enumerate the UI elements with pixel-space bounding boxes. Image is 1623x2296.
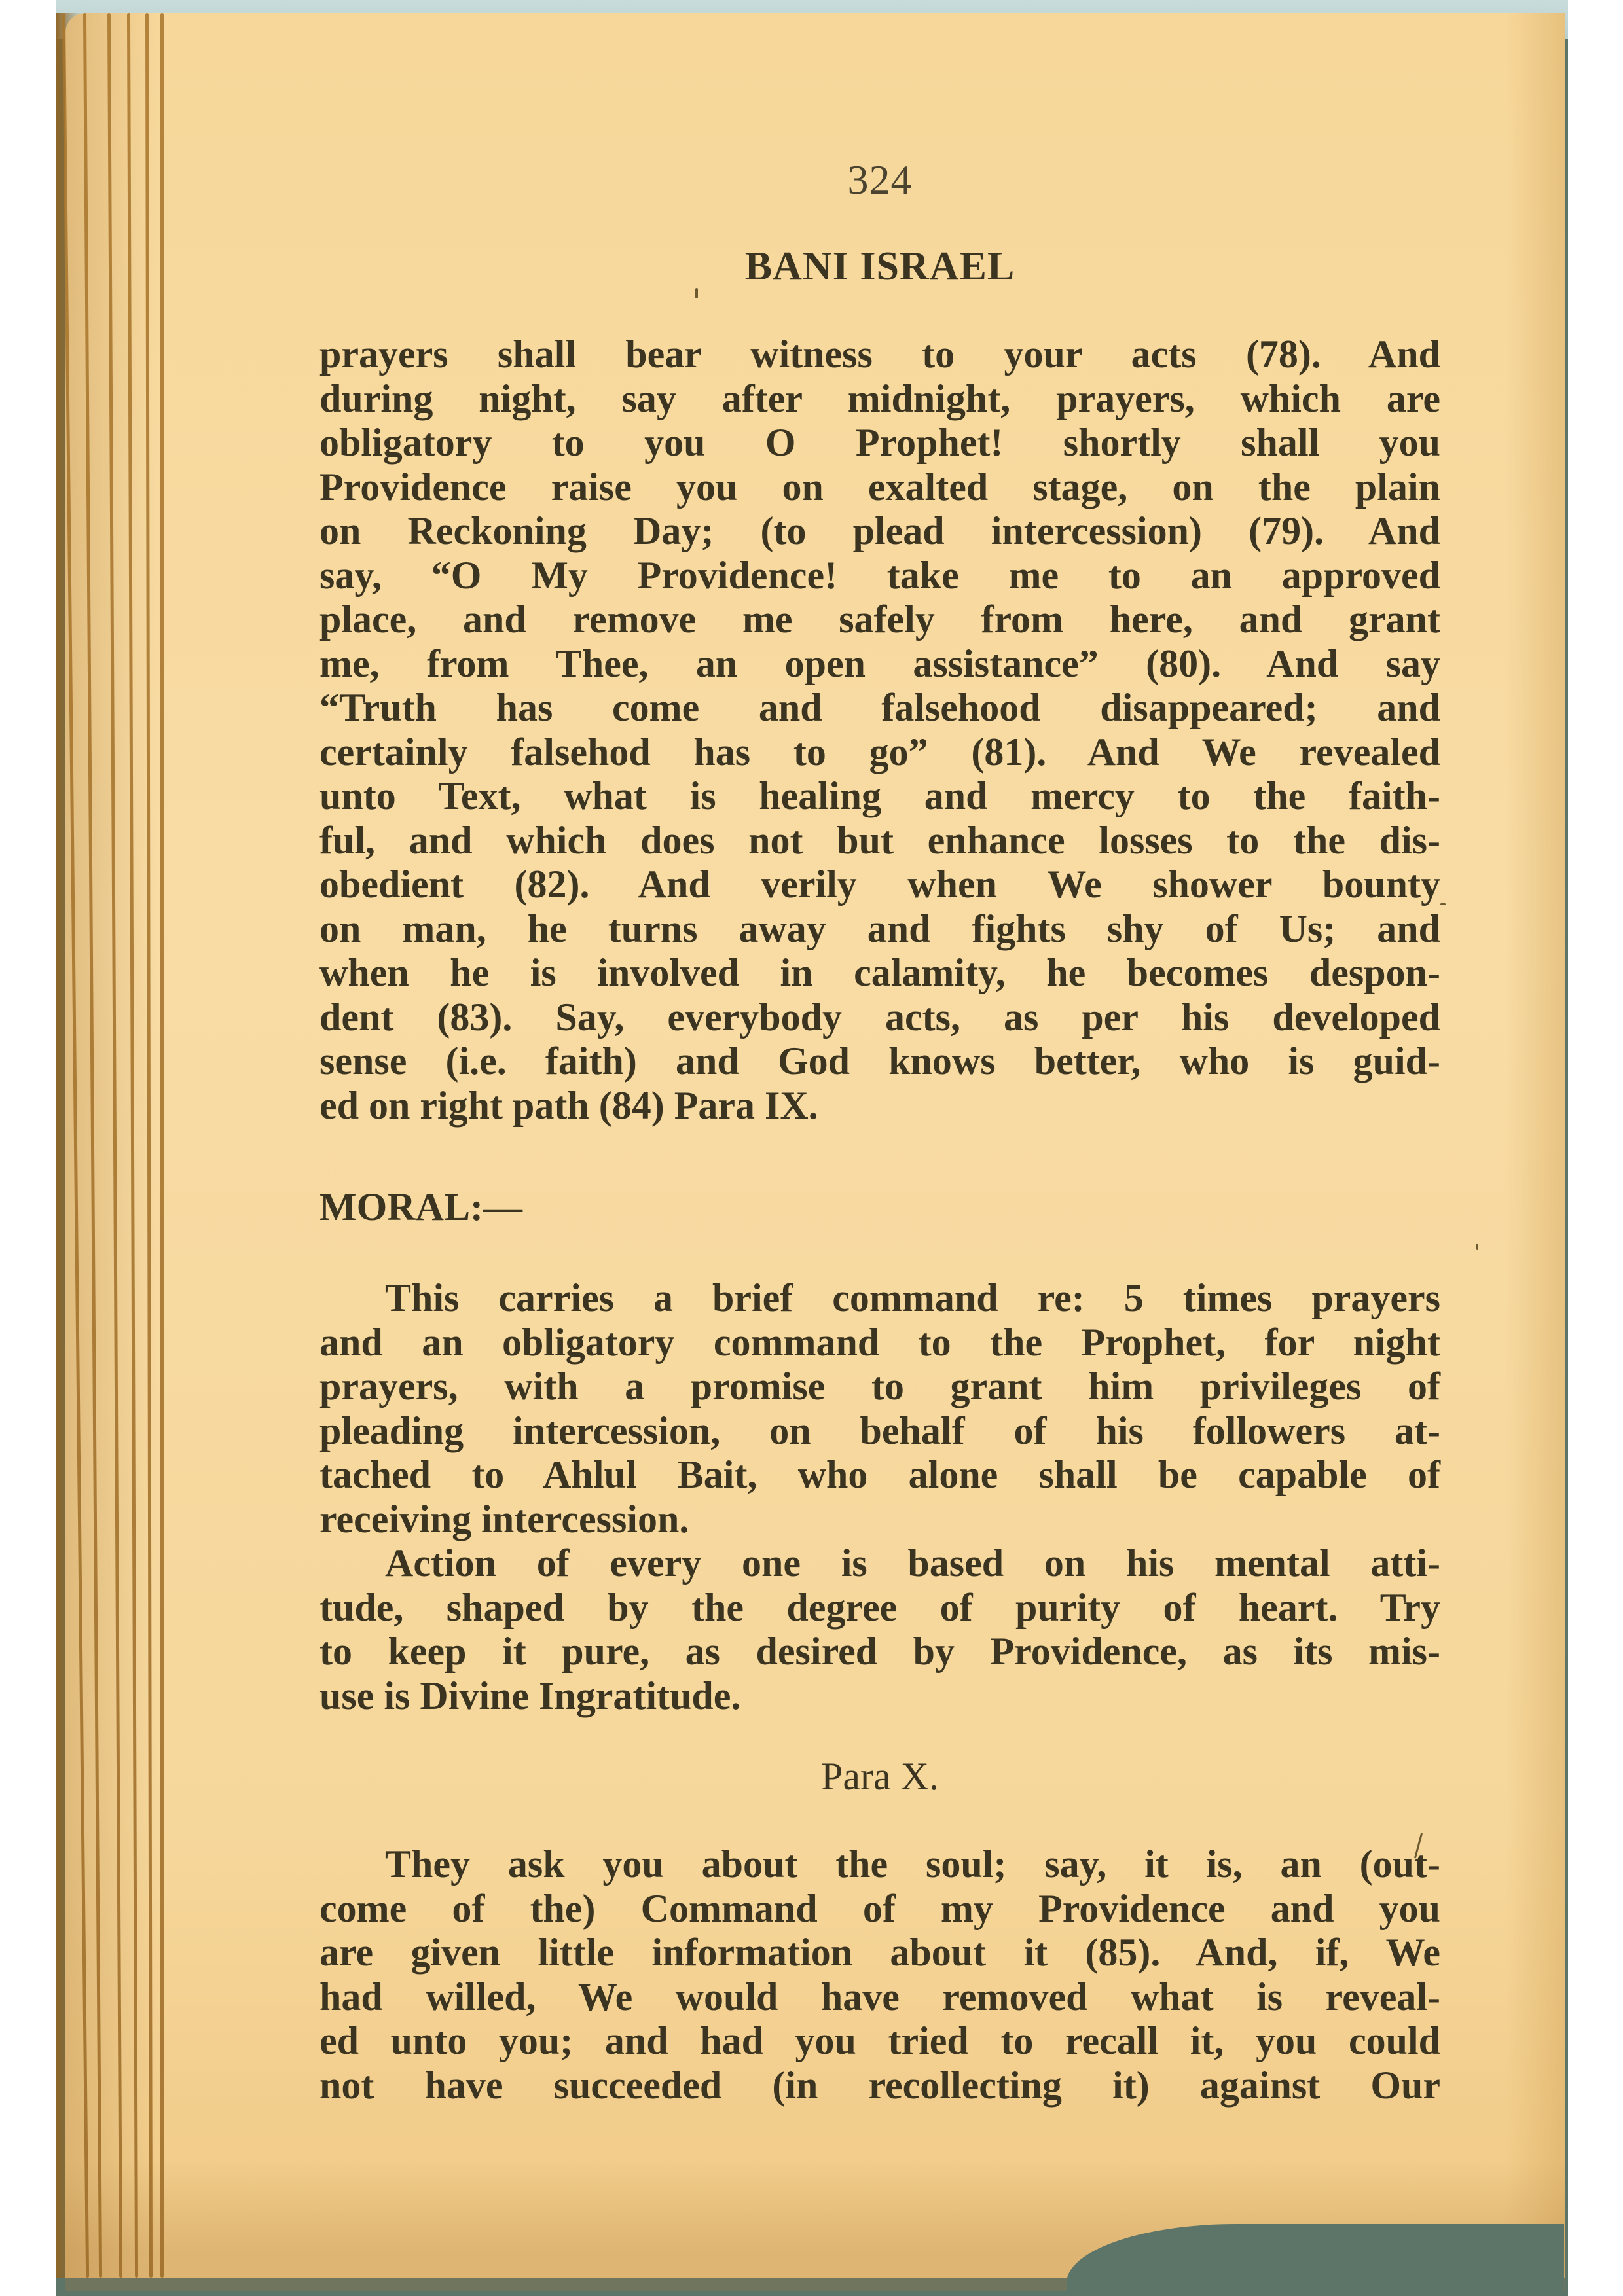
text-line: ed unto you; and had you tried to recall…: [319, 2019, 1440, 2064]
text-line: when he is involved in calamity, he beco…: [319, 951, 1440, 996]
text-line: pleading intercession, on behalf of his …: [319, 1409, 1440, 1454]
text-line: receiving intercession.: [319, 1498, 1440, 1542]
page-edge: [127, 13, 138, 2278]
text-line: had willed, We would have removed what i…: [319, 1975, 1440, 2020]
text-line: me, from Thee, an open assistance” (80).…: [319, 642, 1440, 687]
moral-heading: MORAL:—: [319, 1185, 522, 1230]
text-line: ful, and which does not but enhance loss…: [319, 819, 1440, 863]
moral-paragraph-2: Action of every one is based on his ment…: [319, 1541, 1440, 1718]
text-line: are given little information about it (8…: [319, 1931, 1440, 1975]
text-line: prayers shall bear witness to your acts …: [319, 332, 1440, 377]
text-line: come of the) Command of my Providence an…: [319, 1887, 1440, 1931]
text-line: Action of every one is based on his ment…: [319, 1541, 1440, 1586]
text-line: use is Divine Ingratitude.: [319, 1674, 1440, 1719]
text-line: during night, say after midnight, prayer…: [319, 377, 1440, 422]
text-line: not have succeeded (in recollecting it) …: [319, 2064, 1440, 2108]
text-line: on man, he turns away and fights shy of …: [319, 907, 1440, 952]
page-number: 324: [319, 156, 1440, 204]
moral-paragraph-1: This carries a brief command re: 5 times…: [319, 1276, 1440, 1541]
paragraph-verses-78-84: prayers shall bear witness to your acts …: [319, 332, 1440, 1128]
paper-speck: [1440, 903, 1446, 905]
page-edge: [160, 13, 164, 2278]
text-line: They ask you about the soul; say, it is,…: [319, 1842, 1440, 1887]
text-line: on Reckoning Day; (to plead intercession…: [319, 509, 1440, 554]
page-edge: [83, 13, 102, 2278]
paper-speck: [1476, 1244, 1478, 1250]
text-line: prayers, with a promise to grant him pri…: [319, 1365, 1440, 1409]
text-line: say, “O My Providence! take me to an app…: [319, 554, 1440, 598]
text-line: place, and remove me safely from here, a…: [319, 598, 1440, 642]
text-line: ed on right path (84) Para IX.: [319, 1084, 1440, 1128]
text-line: “Truth has come and falsehood disappeare…: [319, 686, 1440, 730]
page-edge: [145, 13, 153, 2278]
text-line: This carries a brief command re: 5 times…: [319, 1276, 1440, 1321]
text-line: dent (83). Say, everybody acts, as per h…: [319, 996, 1440, 1040]
text-line: sense (i.e. faith) and God knows better,…: [319, 1039, 1440, 1084]
text-line: obligatory to you O Prophet! shortly sha…: [319, 421, 1440, 465]
text-line: unto Text, what is healing and mercy to …: [319, 774, 1440, 819]
text-line: tude, shaped by the degree of purity of …: [319, 1586, 1440, 1630]
chapter-title: BANI ISRAEL: [319, 243, 1440, 290]
text-line: to keep it pure, as desired by Providenc…: [319, 1630, 1440, 1674]
section-heading: Para X.: [319, 1754, 1440, 1799]
text-line: and an obligatory command to the Prophet…: [319, 1321, 1440, 1365]
page-corner-shadow: [1067, 2224, 1564, 2296]
text-line: tached to Ahlul Bait, who alone shall be…: [319, 1453, 1440, 1498]
paper-speck: [695, 288, 698, 298]
page-edge: [107, 13, 122, 2278]
text-line: certainly falsehod has to go” (81). And …: [319, 730, 1440, 775]
paragraph-verse-85: They ask you about the soul; say, it is,…: [319, 1842, 1440, 2108]
text-line: Providence raise you on exalted stage, o…: [319, 465, 1440, 510]
text-line: obedient (82). And verily when We shower…: [319, 863, 1440, 907]
page-stack-edges: [62, 13, 173, 2278]
